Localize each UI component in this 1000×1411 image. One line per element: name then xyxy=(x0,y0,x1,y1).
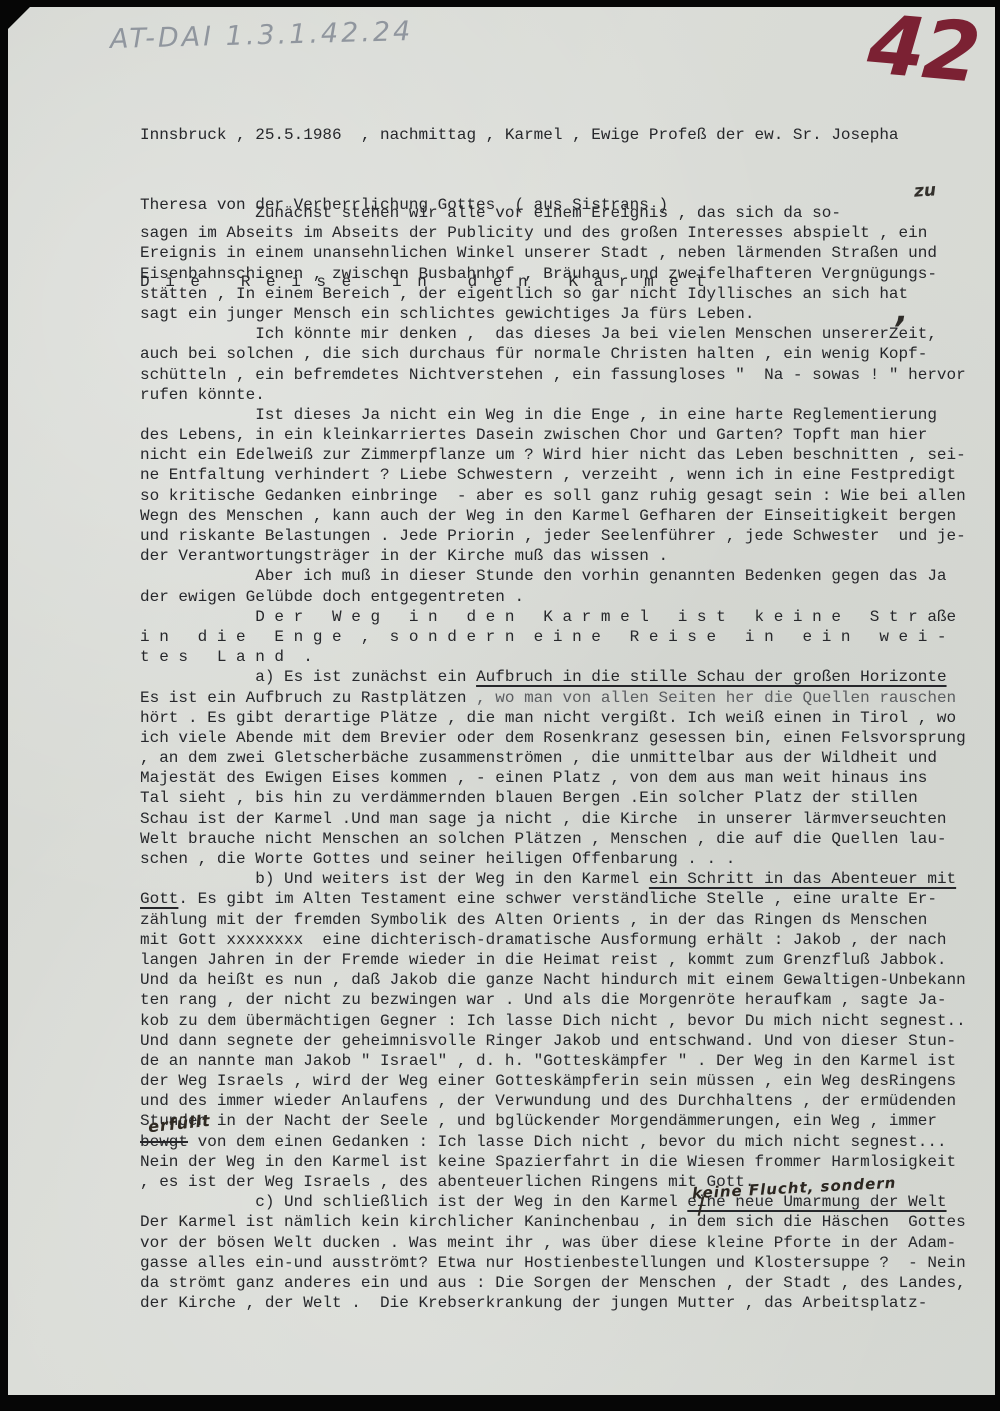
text-line: Stunden in der Nacht der Seele , und bgl… xyxy=(140,1111,995,1131)
text-line: rufen könnte. xyxy=(140,385,995,405)
text-line: Wegn des Menschen , kann auch der Weg in… xyxy=(140,506,995,526)
text-line: Es ist ein Aufbruch zu Rastplätzen , wo … xyxy=(140,688,995,708)
text-line: t e s L a n d . xyxy=(140,647,995,667)
document-body: Zunächst stehen wir alle vor einem Ereig… xyxy=(140,203,995,1313)
text-line: der Verantwortungsträger in der Kirche m… xyxy=(140,546,995,566)
text-line: Ist dieses Ja nicht ein Weg in die Enge … xyxy=(140,405,995,425)
text-line: langen Jahren in der Fremde wieder in di… xyxy=(140,950,995,970)
text-line: ne Entfaltung verhindert ? Liebe Schwest… xyxy=(140,465,995,485)
text-line: zählung mit der fremden Symbolik des Alt… xyxy=(140,910,995,930)
text-line: ten rang , der nicht zu bezwingen war . … xyxy=(140,990,995,1010)
text-line: bewgt von dem einen Gedanken : Ich lasse… xyxy=(140,1132,995,1152)
text-line: und des immer wieder Anlaufens , der Ver… xyxy=(140,1091,995,1111)
text-line: de an nannte man Jakob " Israel" , d. h.… xyxy=(140,1051,995,1071)
text-line: des Lebens, in ein kleinkarriertes Dasei… xyxy=(140,425,995,445)
text-line: D e r W e g i n d e n K a r m e l i s t … xyxy=(140,607,995,627)
text-line: mit Gott xxxxxxxx eine dichterisch-drama… xyxy=(140,930,995,950)
text-line: Und dann segnete der geheimnisvolle Ring… xyxy=(140,1031,995,1051)
text-line: Majestät des Ewigen Eises kommen , - ein… xyxy=(140,768,995,788)
text-line: , es ist der Weg Israels , des abenteuer… xyxy=(140,1172,995,1192)
text-line: schen , die Worte Gottes und seiner heil… xyxy=(140,849,995,869)
header-line-place-date: Innsbruck , 25.5.1986 , nachmittag , Kar… xyxy=(140,125,989,145)
text-line: Gott. Es gibt im Alten Testament eine sc… xyxy=(140,889,995,909)
text-line: schütteln , ein befremdetes Nichtversteh… xyxy=(140,365,995,385)
text-line: ich viele Abende mit dem Brevier oder de… xyxy=(140,728,995,748)
text-line: der Kirche , der Welt . Die Krebserkrank… xyxy=(140,1293,995,1313)
text-line: i n d i e E n g e , s o n d e r n e i n … xyxy=(140,627,995,647)
text-line: Nein der Weg in den Karmel ist keine Spa… xyxy=(140,1152,995,1172)
text-line: hört . Es gibt derartige Plätze , die ma… xyxy=(140,708,995,728)
paper-sheet: Innsbruck , 25.5.1986 , nachmittag , Kar… xyxy=(8,7,995,1395)
text-line: Ereignis in einem unansehnlichen Winkel … xyxy=(140,243,995,263)
text-line: auch bei solchen , die sich durchaus für… xyxy=(140,344,995,364)
text-line: da strömt ganz anderes ein und aus : Die… xyxy=(140,1273,995,1293)
text-line: b) Und weiters ist der Weg in den Karmel… xyxy=(140,869,995,889)
text-line: c) Und schließlich ist der Weg in den Ka… xyxy=(140,1192,995,1212)
text-line: , an dem zwei Gletscherbäche zusammenstr… xyxy=(140,748,995,768)
text-line: sagt ein junger Mensch ein schlichtes ge… xyxy=(140,304,995,324)
text-line: stätten , In einem Bereich , der eigentl… xyxy=(140,284,995,304)
scanned-document-page: Innsbruck , 25.5.1986 , nachmittag , Kar… xyxy=(0,0,1000,1411)
text-line: kob zu dem übermächtigen Gegner : Ich la… xyxy=(140,1011,995,1031)
text-line: Ich könnte mir denken , das dieses Ja be… xyxy=(140,324,995,344)
text-line: Schau ist der Karmel .Und man sage ja ni… xyxy=(140,809,995,829)
text-line: Tal sieht , bis hin zu verdämmernden bla… xyxy=(140,788,995,808)
text-line: und riskante Belastungen . Jede Priorin … xyxy=(140,526,995,546)
text-line: der Weg Israels , wird der Weg einer Got… xyxy=(140,1071,995,1091)
text-line: Welt brauche nicht Menschen an solchen P… xyxy=(140,829,995,849)
text-line: Zunächst stehen wir alle vor einem Ereig… xyxy=(140,203,995,223)
text-line: sagen im Abseits im Abseits der Publicit… xyxy=(140,223,995,243)
text-line: Der Karmel ist nämlich kein kirchlicher … xyxy=(140,1212,995,1232)
text-line: Eisenbahnschienen , zwischen Busbahnhof … xyxy=(140,264,995,284)
text-line: der ewigen Gelübde doch entgegentreten . xyxy=(140,587,995,607)
text-line: Und da heißt es nun , daß Jakob die ganz… xyxy=(140,970,995,990)
text-line: a) Es ist zunächst ein Aufbruch in die s… xyxy=(140,667,995,687)
text-line: Aber ich muß in dieser Stunde den vorhin… xyxy=(140,566,995,586)
text-line: vor der bösen Welt ducken . Was meint ih… xyxy=(140,1233,995,1253)
text-line: nicht ein Edelweiß zur Zimmerpflanze um … xyxy=(140,445,995,465)
text-line: so kritische Gedanken einbringe - aber e… xyxy=(140,486,995,506)
text-line: gasse alles ein-und ausströmt? Etwa nur … xyxy=(140,1253,995,1273)
